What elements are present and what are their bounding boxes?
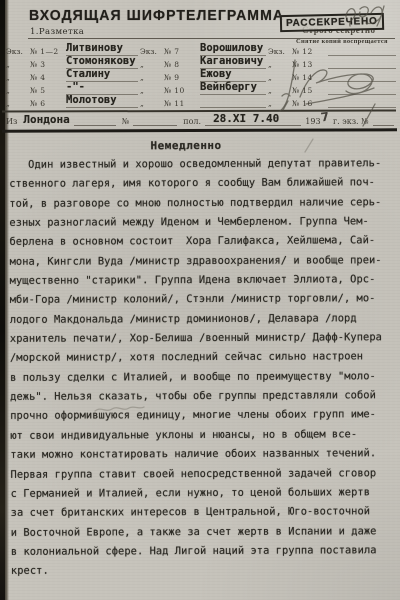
- copy-number: № 15: [292, 86, 325, 95]
- copy-number: № 7: [164, 47, 197, 56]
- telegram-body: Немедленно Один известный и хорошо освед…: [9, 138, 395, 581]
- recipient-name: [328, 81, 396, 95]
- priority-marking: Немедленно: [9, 138, 393, 153]
- table-row: „№ 6Молотову: [4, 95, 138, 108]
- copy-number: № 16: [292, 99, 325, 108]
- copy-label: „: [4, 60, 30, 69]
- document-title: ВХОДЯЩАЯ ШИФРТЕЛЕГРАММА: [29, 8, 284, 24]
- copy-number: № 13: [292, 60, 325, 69]
- copy-label: Экз.: [4, 47, 30, 56]
- recipient-name: Кагановичу: [200, 55, 266, 69]
- body-line: крест.: [11, 560, 395, 581]
- body-line: ют свои индивидуальные уклоны и нюансы, …: [10, 425, 394, 446]
- origin-city: Лондона: [23, 113, 69, 126]
- recipient-name: Ежову: [200, 68, 266, 82]
- copy-label: „: [266, 99, 292, 108]
- copy-label: Экз.: [266, 47, 292, 56]
- distribution-column-1: Экз.№ 1—2Литвинову „№ 3Стомонякову „№ 4С…: [4, 43, 138, 108]
- copy-label: „: [266, 73, 292, 82]
- recipient-name: Литвинову: [66, 42, 138, 56]
- copy-label: Экз.: [138, 47, 164, 56]
- number-label: №: [122, 117, 130, 126]
- body-line: с Германией и Италией, если нужно, то це…: [11, 483, 395, 504]
- recipient-name: Вейнбергу: [200, 81, 266, 95]
- body-line: Один известный и хорошо осведомленный де…: [9, 154, 393, 175]
- body-lines: Один известный и хорошо осведомленный де…: [9, 154, 395, 581]
- copy-number: № 10: [164, 86, 197, 95]
- copy-label: „: [138, 86, 164, 95]
- body-line: /морской министр/, хотя последний сейчас…: [10, 348, 394, 369]
- body-line: мущественно "старики". Группа Идена вклю…: [10, 270, 394, 291]
- copy-number: № 14: [292, 73, 325, 82]
- dateline: Из Лондона № пол. 28.XI 7.40 1937 г. экз…: [6, 112, 394, 126]
- copy-label: „: [138, 99, 164, 108]
- copies-note: Снятие копий воспрещается: [296, 38, 388, 45]
- telegram-document: ВХОДЯЩАЯ ШИФРТЕЛЕГРАММА 1.Разметка Строг…: [0, 0, 400, 600]
- recipient-name: [328, 68, 396, 82]
- year-printed: 193: [305, 117, 320, 126]
- received-label: пол.: [183, 117, 201, 126]
- recipient-name: -"-: [66, 81, 138, 95]
- blank-line: [373, 114, 394, 126]
- body-line: таки можно констатировать наличие обоих …: [10, 444, 394, 465]
- recipient-name: [328, 55, 396, 69]
- body-line: мона, Кингсли Вуда /министр здравоохране…: [10, 251, 394, 272]
- copy-number: № 1—2: [30, 47, 63, 56]
- copy-suffix-label: г. экз. №: [333, 117, 369, 126]
- copy-label: „: [4, 73, 30, 82]
- copy-label: „: [4, 86, 30, 95]
- copy-label: „: [138, 60, 164, 69]
- blank-line: [287, 114, 301, 126]
- copy-label: „: [266, 60, 292, 69]
- copy-number: № 5: [30, 86, 63, 95]
- handwritten-year-digit: 7: [319, 110, 329, 125]
- body-line: за счет британских интересов в Центральн…: [11, 502, 395, 523]
- copy-number: № 11: [164, 99, 197, 108]
- received-datetime: 28.XI 7.40: [205, 112, 287, 126]
- body-line: и Восточной Европе, а также за счет жерт…: [11, 522, 395, 543]
- body-line: мби-Гора /министр колоний/, Стэнли /мини…: [10, 290, 394, 311]
- body-line: хранитель печати/, Хор-Белиша /военный м…: [10, 328, 394, 349]
- copy-number: № 9: [164, 73, 197, 82]
- recipient-name: Ворошилову: [200, 42, 266, 56]
- recipient-name: [200, 94, 266, 108]
- from-label: Из: [6, 117, 17, 126]
- body-line: ственного лагеря, имя которого я сообщу …: [9, 174, 393, 195]
- body-line: Первая группа ставит своей непосредствен…: [10, 464, 394, 485]
- recipient-name: Молотову: [66, 94, 138, 108]
- recipient-name: [328, 94, 396, 108]
- copy-label: „: [266, 86, 292, 95]
- body-line: лодого Макдональда /министр доминионов/,…: [10, 309, 394, 330]
- copy-number: № 3: [30, 60, 63, 69]
- copy-number: № 6: [30, 99, 63, 108]
- recipient-name: Сталину: [66, 68, 138, 82]
- section-label: 1.Разметка: [30, 27, 84, 37]
- copy-label: „: [4, 99, 30, 108]
- body-line: в пользу сделки с Италией, и вообще по п…: [10, 367, 394, 388]
- body-line: дежь". Нельзя сказать, чтобы обе группы …: [10, 386, 394, 407]
- body-line: берлена в основном состоит Хора Галифакс…: [9, 232, 393, 253]
- copy-number: № 8: [164, 60, 197, 69]
- copy-number: № 12: [292, 47, 325, 56]
- blank-line: [133, 114, 177, 126]
- distribution-column-2: Экз.№ 7Ворошилову „№ 8Кагановичу „№ 9Ежо…: [138, 43, 266, 108]
- recipient-name: Стомонякову: [66, 55, 138, 69]
- distribution-column-3: Экз.№ 12 „№ 13 „№ 14 „№ 15 „№ 16: [266, 43, 396, 108]
- body-line: той, в разговоре со мною полностью подтв…: [9, 193, 393, 214]
- copy-number: № 4: [30, 73, 63, 82]
- body-line: езных разногласий между Иденом и Чемберл…: [9, 212, 393, 233]
- table-row: „№ 11: [138, 95, 266, 108]
- declassified-stamp: РАССЕКРЕЧЕНО: [280, 13, 384, 32]
- distribution-table: Экз.№ 1—2Литвинову „№ 3Стомонякову „№ 4С…: [4, 43, 396, 108]
- copy-label: „: [138, 73, 164, 82]
- body-line: в колониальной сфере. Над Лигой наций эт…: [11, 541, 395, 562]
- blank-line: [74, 114, 116, 126]
- rule-heavy: [2, 128, 397, 132]
- table-row: „№ 16: [266, 95, 396, 108]
- body-line: прочно оформившуюся единицу, многие член…: [10, 406, 394, 427]
